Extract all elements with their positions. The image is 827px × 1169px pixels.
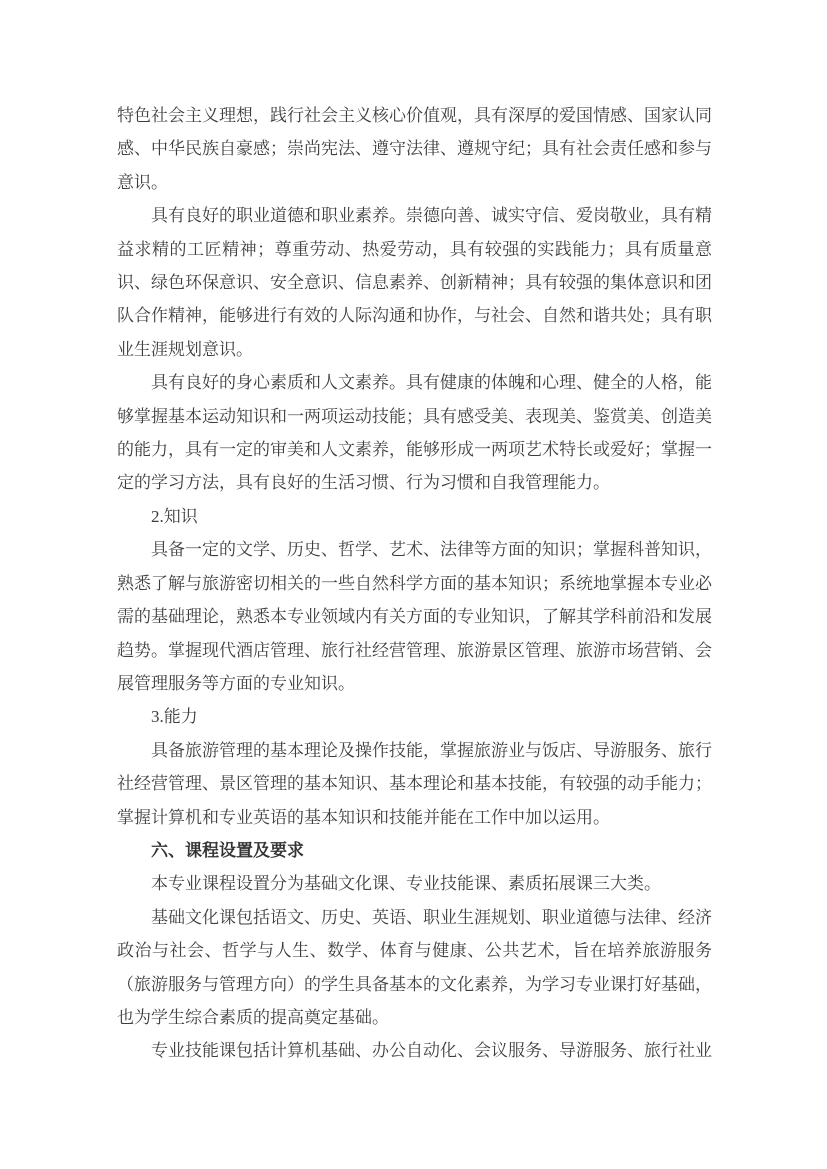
paragraph: 专业技能课包括计算机基础、办公自动化、会议服务、导游服务、旅行社业 [117,1034,712,1067]
paragraph: 具有良好的身心素质和人文素养。具有健康的体魄和心理、健全的人格，能够掌握基本运动… [117,366,712,500]
paragraph: 本专业课程设置分为基础文化课、专业技能课、素质拓展课三大类。 [117,867,712,900]
document-body: 特色社会主义理想，践行社会主义核心价值观，具有深厚的爱国情感、国家认同感、中华民… [117,99,712,1068]
paragraph: 特色社会主义理想，践行社会主义核心价值观，具有深厚的爱国情感、国家认同感、中华民… [117,99,712,199]
paragraph: 具有良好的职业道德和职业素养。崇德向善、诚实守信、爱岗敬业，具有精益求精的工匠精… [117,199,712,366]
paragraph: 具备旅游管理的基本理论及操作技能，掌握旅游业与饭店、导游服务、旅行社经营管理、景… [117,734,712,834]
paragraph: 基础文化课包括语文、历史、英语、职业生涯规划、职业道德与法律、经济政治与社会、哲… [117,901,712,1035]
document-page: 特色社会主义理想，践行社会主义核心价值观，具有深厚的爱国情感、国家认同感、中华民… [0,0,827,1169]
paragraph: 2.知识 [117,500,712,533]
paragraph: 具备一定的文学、历史、哲学、艺术、法律等方面的知识；掌握科普知识，熟悉了解与旅游… [117,533,712,700]
section-heading: 六、课程设置及要求 [117,834,712,867]
paragraph: 3.能力 [117,700,712,733]
